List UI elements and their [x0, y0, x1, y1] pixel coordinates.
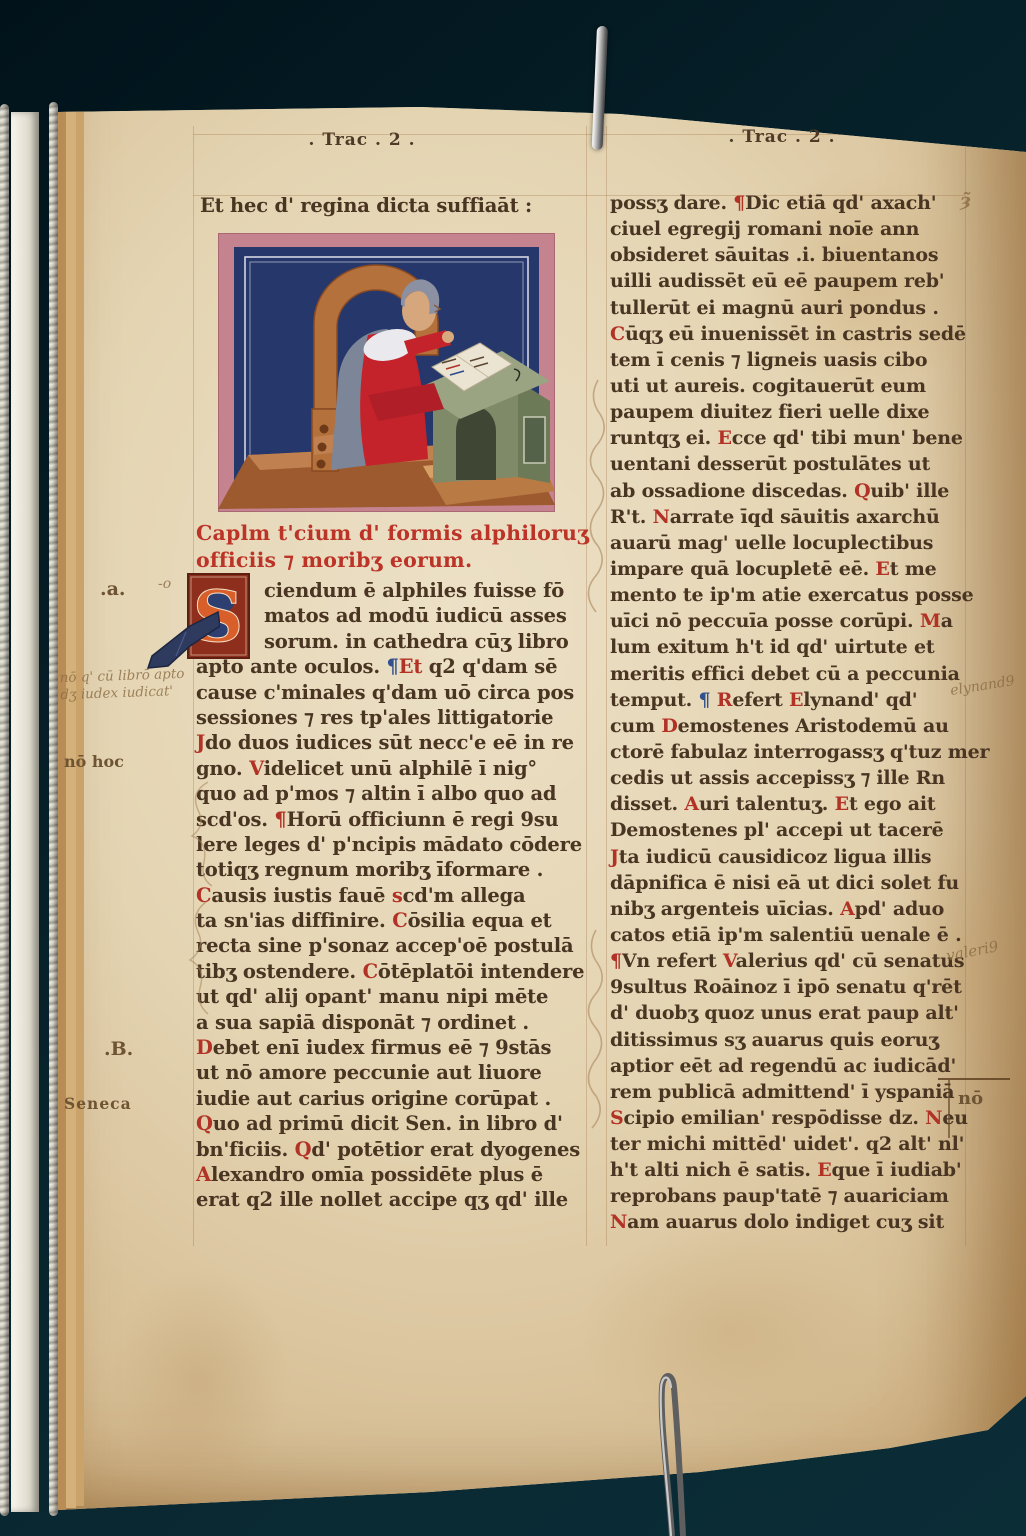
text-line: meritis effici debet cū a peccunia	[610, 663, 974, 689]
text-line: quo ad p'mos ⁊ altin ī albo quo ad	[196, 782, 594, 807]
text-line: disset. Auri talentuʒ. Et ego ait	[610, 793, 974, 819]
text-line: ctorē fabulaz interrogassʒ q'tuz mer	[610, 741, 974, 767]
text-line: catos etiā ip'm salentiū uenale ē .	[610, 924, 974, 950]
text-line: ciuel egregij romani noīe ann	[610, 218, 974, 244]
text-line: lere leges d' p'ncipis mādato cōdere	[196, 833, 594, 858]
left-column-body: ciendum ē alphiles fuisse fōmatos ad mod…	[196, 579, 594, 1214]
text-line: auarū mag' uelle locuplectibus	[610, 532, 974, 558]
margin-note-non-hoc: nō hoc	[64, 752, 124, 771]
text-line: Alexandro omīa possidēte plus ē	[196, 1163, 594, 1188]
text-line: ut nō amore peccunie aut liuore	[196, 1061, 594, 1086]
margin-mark-nota: ȝ̃	[960, 190, 971, 211]
rubric-line: Caplm t'cium d' formis alphiloruʒ	[196, 520, 589, 547]
text-line: a sua sapiā disponāt ⁊ ordinet .	[196, 1011, 594, 1036]
parchment-stain	[70, 1220, 330, 1536]
margin-bracket-line	[948, 1080, 950, 1138]
text-line: uīci nō peccuīa posse corūpi. Ma	[610, 610, 974, 636]
margin-letter-b: .B.	[104, 1038, 133, 1060]
margin-letter-a: .a.	[100, 578, 126, 600]
running-header-left: . Trac . 2 .	[272, 130, 452, 150]
text-line: dāpnifica ē nisi eā ut dici solet fu	[610, 872, 974, 898]
text-line: cause c'minales q'dam uō circa pos	[196, 681, 594, 706]
text-line: iudie aut carius origine corūpat .	[196, 1087, 594, 1112]
text-line: uti ut aureis. cogitauerūt eum	[610, 375, 974, 401]
text-line: impare quā locupletē eē. Et me	[610, 558, 974, 584]
text-line: ditissimus sʒ auarus quis eoruʒ	[610, 1029, 974, 1055]
text-line: ta sn'ias diffinire. Cōsilia equa et	[196, 909, 594, 934]
text-line: aptior eēt ad regendū ac iudicād'	[610, 1055, 974, 1081]
text-line: paupem diuitez fieri uelle dixe	[610, 401, 974, 427]
text-line: d' duobʒ quoz unus erat paup alt'	[610, 1002, 974, 1028]
rubric-line: officiis ⁊ moribʒ eorum.	[196, 547, 589, 574]
text-line: gno. Videlicet unū alphilē ī nig°	[196, 757, 594, 782]
text-line: apto ante oculos. ¶Et q2 q'dam sē	[196, 655, 594, 680]
text-line: Jdo duos iudices sūt necc'e eē in re	[196, 731, 594, 756]
text-line: rem publicā admittend' ī yspaniā	[610, 1081, 974, 1107]
text-line: runtqʒ ei. Ecce qd' tibi mun' bene	[610, 427, 974, 453]
text-line: Debet enī iudex firmus eē ⁊ 9stās	[196, 1036, 594, 1061]
text-line: matos ad modū iudicū asses	[196, 604, 594, 629]
margin-note-seneca: Seneca	[64, 1094, 132, 1113]
ruling-line	[193, 126, 194, 1246]
text-line: Causis iustis fauē scd'm allega	[196, 884, 594, 909]
text-line: R't. Narrate īqd sāuitis axarchū	[610, 506, 974, 532]
binding-cord-right	[49, 102, 58, 1516]
text-line: recta sine p'sonaz accep'oē postulā	[196, 934, 594, 959]
margin-letter-a-mark: -o	[158, 576, 171, 592]
text-line: Scipio emilian' respōdisse dz. Neu	[610, 1107, 974, 1133]
text-line: cum Demostenes Aristodemū au	[610, 715, 974, 741]
text-line: Jta iudicū causidicoz ligua illis	[610, 846, 974, 872]
text-line: cedis ut assis accepissʒ ⁊ ille Rn	[610, 767, 974, 793]
text-line: lum exitum h't id qd' uirtute et	[610, 636, 974, 662]
text-line: sessiones ⁊ res tp'ales littigatorie	[196, 706, 594, 731]
bookmark-strip	[11, 112, 39, 1512]
text-line: possʒ dare. ¶Dic etiā qd' axach'	[610, 192, 974, 218]
binding-cord-left	[0, 104, 9, 1516]
page-edge-stack	[66, 108, 76, 1508]
text-line: nibʒ argenteis uīcias. Apd' aduo	[610, 898, 974, 924]
text-line: temput. ¶ Refert Elynand' qd'	[610, 689, 974, 715]
text-line: 9sultus Roāinoz ī ipō senatu q'rēt	[610, 976, 974, 1002]
page-edge-stack	[58, 106, 66, 1510]
left-column-intro: Et hec d' regina dicta suffiaāt :	[200, 194, 532, 217]
text-line: scd'os. ¶Horū officiunn ē regi 9su	[196, 808, 594, 833]
text-line: sorum. in cathedra cūʒ libro	[196, 630, 594, 655]
manuscript-photo: . Trac . 2 . . Trac . 2 . Et hec d' regi…	[0, 0, 1026, 1536]
text-line: tibʒ ostendere. Cōtēplatōi intendere	[196, 960, 594, 985]
rubric-chapter-heading: Caplm t'cium d' formis alphiloruʒ offici…	[196, 520, 589, 574]
text-line: ciendum ē alphiles fuisse fō	[196, 579, 594, 604]
text-line: erat q2 ille nollet accipe qʒ qd' ille	[196, 1188, 594, 1213]
text-line: ut qd' alij opant' manu nipi mēte	[196, 985, 594, 1010]
text-line: uentani desserūt postulātes ut	[610, 453, 974, 479]
right-column-body: possʒ dare. ¶Dic etiā qd' axach'ciuel eg…	[610, 192, 974, 1238]
text-line: Demostenes pl' accepi ut tacerē	[610, 819, 974, 845]
text-line: tem ī cenis ⁊ ligneis uasis cibo	[610, 349, 974, 375]
text-line: ter michi mittēd' uidet'. q2 alt' nl'	[610, 1133, 974, 1159]
ruling-line	[606, 126, 607, 1246]
margin-note-apto: nō q' cū librō apto dʒ iudex iudicat'	[59, 666, 185, 704]
text-line: totiqʒ regnum moribʒ īformare .	[196, 858, 594, 883]
text-line: Cūqʒ eū inuenissēt in castris sedē	[610, 323, 974, 349]
text-line: obsideret sāuitas .i. biuentanos	[610, 244, 974, 270]
miniature-scribe-at-lectern	[218, 233, 555, 512]
text-line: Nam auarus dolo indiget cuʒ sit	[610, 1211, 974, 1237]
text-line: mento te ip'm atie exercatus posse	[610, 584, 974, 610]
text-line: h't alti nich ē satis. Eque ī iudiab'	[610, 1159, 974, 1185]
text-line: uilli audissēt eū eē paupem reb'	[610, 270, 974, 296]
margin-note-non: nō	[958, 1088, 983, 1109]
text-line: bn'ficiis. Qd' potētior erat dyogenes	[196, 1138, 594, 1163]
running-header-right: . Trac . 2 .	[692, 127, 872, 147]
text-line: ¶Vn refert Valerius qd' cū senatus	[610, 950, 974, 976]
text-line: tullerūt ei magnū auri pondus .	[610, 297, 974, 323]
text-line: ab ossadione discedas. Quib' ille	[610, 480, 974, 506]
text-line: reprobans paup'tatē ⁊ auariciam	[610, 1185, 974, 1211]
text-line: Quo ad primū dicit Sen. in libro d'	[196, 1112, 594, 1137]
page-edge-stack	[76, 110, 84, 1506]
